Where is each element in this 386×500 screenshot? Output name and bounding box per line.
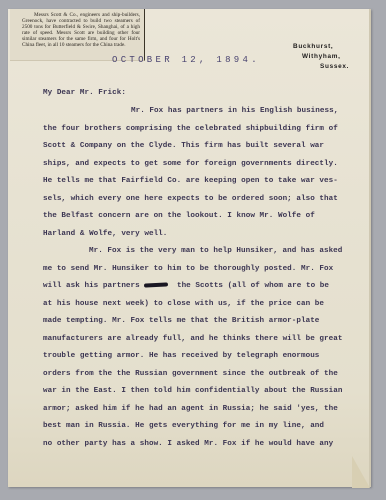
body-line: no other party has a show. I asked Mr. F… <box>43 440 333 448</box>
body-line: manufacturers are already full, and he t… <box>43 335 342 343</box>
body-line: armor; asked him if he had an agent in R… <box>43 405 338 413</box>
body-line: the four brothers comprising the celebra… <box>43 125 338 133</box>
body-line: made tempting. Mr. Fox tells me that the… <box>43 317 319 325</box>
body-line: Scott & Company on the Clyde. This firm … <box>43 142 324 150</box>
body-line: trouble getting armor. He has received b… <box>43 352 319 360</box>
clipping-text: Messrs Scott & Co., engineers and ship-b… <box>22 12 140 48</box>
body-line: the Belfast concern are on the lookout. … <box>43 212 315 220</box>
body-line: best man in Russia. He gets everything f… <box>43 422 324 430</box>
body-line: war in the East. I then told him confide… <box>43 387 342 395</box>
letterhead-line-3: Sussex. <box>320 63 349 70</box>
letter-date: OCTOBER 12, 1894. <box>112 55 260 65</box>
body-line-with-strikeout: will ask his partners the Scotts (all of… <box>43 282 329 290</box>
body-line: me to send Mr. Hunsiker to him to be tho… <box>43 265 333 273</box>
body-line: orders from the the Russian government s… <box>43 370 338 378</box>
salutation: My Dear Mr. Frick: <box>43 89 126 97</box>
body-line: Harland & Wolfe, very well. <box>43 230 167 238</box>
body-line: Mr. Fox is the very man to help Hunsiker… <box>43 247 342 255</box>
body-line: sels, which every one here expects to be… <box>43 195 338 203</box>
letterhead-line-2: Withyham, <box>302 53 341 60</box>
body-line: Mr. Fox has partners in his English busi… <box>43 107 338 115</box>
letterhead-line-1: Buckhurst, <box>293 43 333 50</box>
body-line: at his house next week) to close with us… <box>43 300 324 308</box>
body-line: ships, and expects to get some for forei… <box>43 160 338 168</box>
body-line-part: the Scotts (all of whom are to be <box>177 282 329 290</box>
body-line: He tells me that Fairfield Co. are keepi… <box>43 177 338 185</box>
body-line-part: will ask his partners <box>43 282 140 290</box>
struck-out-word <box>144 282 168 287</box>
paper-corner-curl <box>352 456 370 488</box>
newspaper-clipping: Messrs Scott & Co., engineers and ship-b… <box>10 9 145 61</box>
